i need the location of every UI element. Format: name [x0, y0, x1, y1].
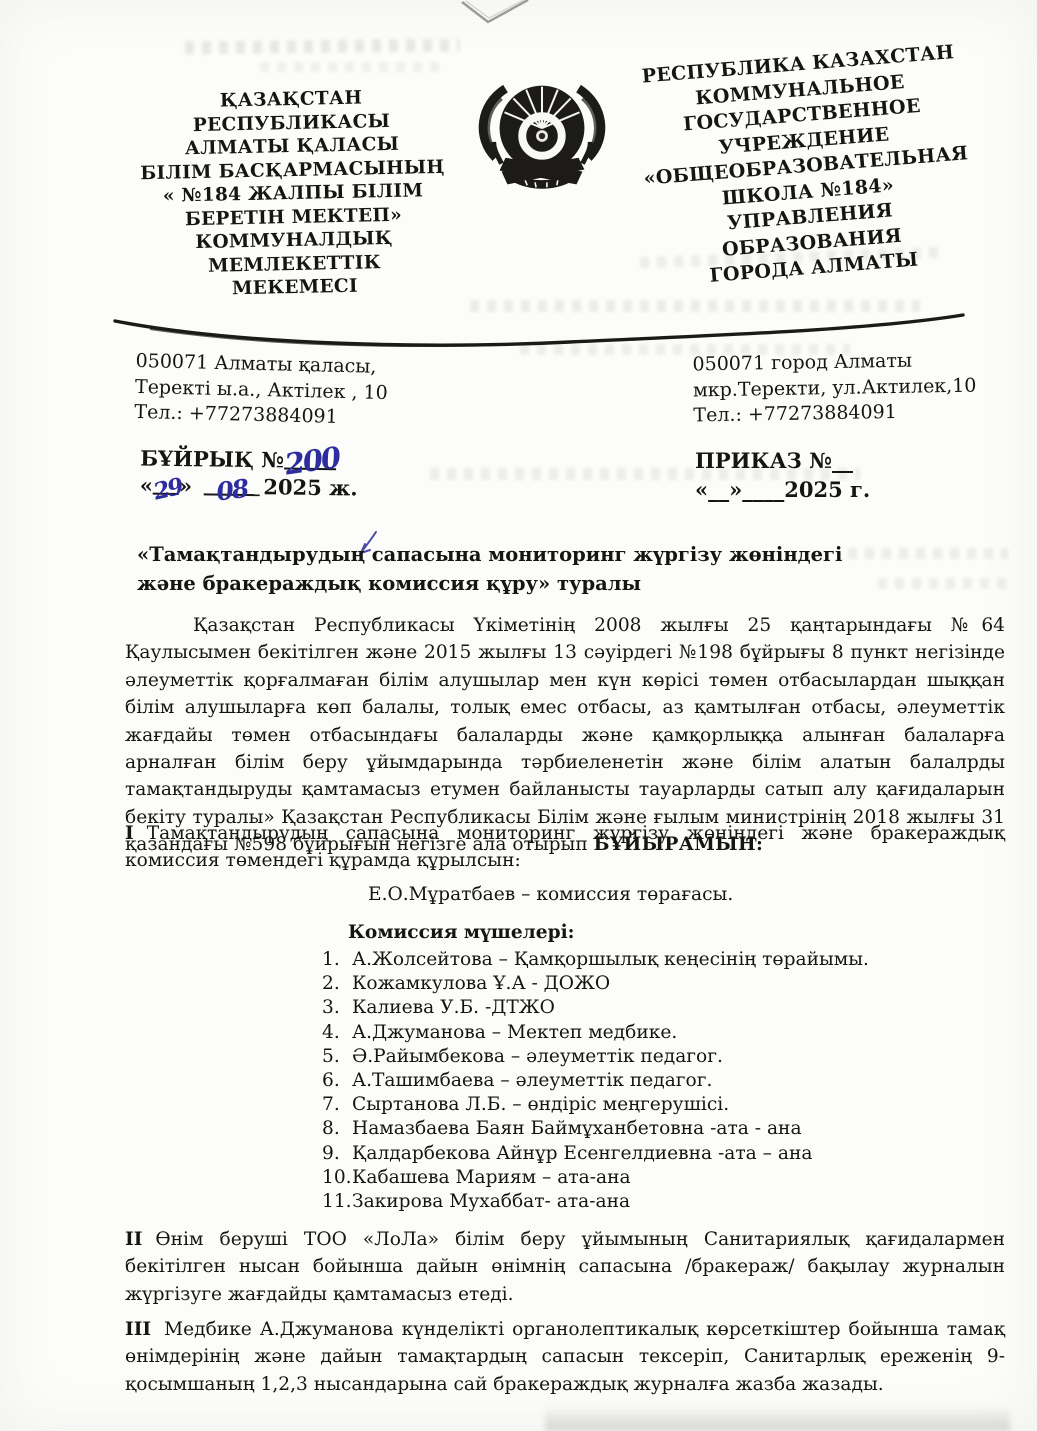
- header-russian-institution-name: РЕСПУБЛИКА КАЗАХСТАН КОММУНАЛЬНОЕ ГОСУДА…: [614, 38, 999, 296]
- member-text: Кабашева Мариям – ата-ана: [352, 1166, 631, 1190]
- section-3-paragraph: IIIМедбике А.Джуманова күнделікті органо…: [125, 1316, 1005, 1398]
- bleed-through-artifact: [185, 39, 460, 55]
- member-text: Қалдарбекова Айнұр Есенгелдиевна -ата – …: [352, 1142, 812, 1166]
- section-1-numeral: I: [125, 823, 134, 844]
- member-number: 9.: [322, 1142, 352, 1166]
- member-text: Кожамкулова Ұ.А - ДОЖО: [352, 972, 610, 996]
- member-item: 5.Ә.Райымбекова – әлеуметтік педагог.: [322, 1045, 902, 1069]
- address-block-russian: 050071 город Алматы мкр.Теректи, ул.Акти…: [692, 348, 977, 429]
- order-number-underline: 200: [284, 450, 336, 470]
- scanned-order-document: ҚАЗАҚСТАН РЕСПУБЛИКАСЫ АЛМАТЫ ҚАЛАСЫ БІЛ…: [0, 0, 1037, 1431]
- member-item: 2.Кожамкулова Ұ.А - ДОЖО: [322, 972, 902, 996]
- member-item: 1.А.Жолсейтова – Қамқоршылық кеңесінің т…: [322, 948, 902, 972]
- section-1-text: Тамақтандырудың сапасына мониторинг жүрг…: [125, 823, 1005, 871]
- order-title-line: «Тамақтандырудың сапасына мониторинг жүр…: [137, 540, 842, 569]
- members-heading: Комиссия мүшелері:: [348, 922, 902, 943]
- header-kazakh-institution-name: ҚАЗАҚСТАН РЕСПУБЛИКАСЫ АЛМАТЫ ҚАЛАСЫ БІЛ…: [126, 85, 460, 303]
- member-text: Сыртанова Л.Б. – өндіріс меңгерушісі.: [352, 1093, 729, 1117]
- address-block-kazakh: 050071 Алматы қаласы, Теректі ы.а., Акті…: [134, 349, 389, 432]
- member-number: 6.: [322, 1069, 352, 1093]
- commission-chairman-line: Е.О.Мұратбаев – комиссия төрағасы.: [368, 884, 733, 905]
- member-number: 3.: [322, 996, 352, 1020]
- section-3-text: Медбике А.Джуманова күнделікті органолеп…: [125, 1319, 1005, 1395]
- order-number-block-kazakh: БҰЙРЫҚ №200 «29» 082025 ж.: [140, 444, 359, 501]
- member-number: 1.: [322, 948, 352, 972]
- member-item: 7.Сыртанова Л.Б. – өндіріс меңгерушісі.: [322, 1093, 902, 1117]
- order-date-line: «__»____2025 г.: [695, 475, 870, 504]
- page-fold-mark: [440, 0, 600, 40]
- member-number: 7.: [322, 1093, 352, 1117]
- order-number-line: БҰЙРЫҚ №200: [140, 444, 358, 474]
- section-2-paragraph: IIӨнім беруші ТОО «ЛоЛа» білім беру ұйым…: [125, 1226, 1005, 1308]
- address-line: Тел.: +77273884091: [693, 399, 977, 429]
- day-underline: 29: [153, 479, 179, 495]
- member-text: Закирова Мухаббат- ата-ана: [352, 1190, 630, 1214]
- bleed-through-artifact: [878, 578, 1008, 589]
- order-label: БҰЙРЫҚ №: [140, 445, 284, 472]
- quote-open: «: [140, 472, 153, 497]
- member-number: 5.: [322, 1045, 352, 1069]
- kazakhstan-coat-of-arms-icon: [468, 60, 616, 210]
- handwritten-day: 29: [153, 480, 183, 500]
- member-number: 2.: [322, 972, 352, 996]
- member-number: 11.: [322, 1190, 352, 1214]
- commission-members-list: Комиссия мүшелері: 1.А.Жолсейтова – Қамқ…: [322, 922, 902, 1214]
- month-underline: 08: [203, 478, 259, 496]
- address-line: мкр.Теректи, ул.Актилек,10: [693, 373, 977, 403]
- member-text: Ә.Райымбекова – әлеуметтік педагог.: [352, 1045, 723, 1069]
- bleed-through-artifact: [260, 62, 440, 72]
- member-number: 4.: [322, 1021, 352, 1045]
- section-3-numeral: III: [125, 1319, 151, 1340]
- section-2-numeral: II: [125, 1229, 142, 1250]
- member-number: 10.: [322, 1166, 352, 1190]
- order-title-line: және бракераждық комиссия құру» туралы: [137, 569, 842, 598]
- handwritten-order-number: 200: [284, 450, 340, 472]
- order-title: «Тамақтандырудың сапасына мониторинг жүр…: [137, 540, 842, 598]
- member-item: 8.Намазбаева Баян Баймұханбетовна -ата -…: [322, 1117, 902, 1141]
- order-number-block-russian: ПРИКАЗ №__ «__»____2025 г.: [695, 446, 870, 504]
- member-item: 11.Закирова Мухаббат- ата-ана: [322, 1190, 902, 1214]
- member-text: Калиева У.Б. -ДТЖО: [352, 996, 555, 1020]
- member-text: А.Джуманова – Мектеп медбике.: [352, 1021, 677, 1045]
- member-item: 10.Кабашева Мариям – ата-ана: [322, 1166, 902, 1190]
- member-number: 8.: [322, 1117, 352, 1141]
- section-1-paragraph: IТамақтандырудың сапасына мониторинг жүр…: [125, 820, 1005, 875]
- member-text: Намазбаева Баян Баймұханбетовна -ата - а…: [352, 1117, 802, 1141]
- order-number-line: ПРИКАЗ №__: [695, 446, 870, 475]
- handwritten-month: 08: [216, 482, 248, 500]
- member-text: А.Ташимбаева – әлеуметтік педагог.: [352, 1069, 712, 1093]
- bleed-through-artifact: [848, 548, 1008, 559]
- member-text: А.Жолсейтова – Қамқоршылық кеңесінің төр…: [352, 948, 869, 972]
- scan-shadow: [545, 1405, 1010, 1431]
- member-item: 9.Қалдарбекова Айнұр Есенгелдиевна -ата …: [322, 1142, 902, 1166]
- section-2-text: Өнім беруші ТОО «ЛоЛа» білім беру ұйымын…: [125, 1229, 1005, 1305]
- member-item: 3.Калиева У.Б. -ДТЖО: [322, 996, 902, 1020]
- member-item: 6.А.Ташимбаева – әлеуметтік педагог.: [322, 1069, 902, 1093]
- member-item: 4.А.Джуманова – Мектеп медбике.: [322, 1021, 902, 1045]
